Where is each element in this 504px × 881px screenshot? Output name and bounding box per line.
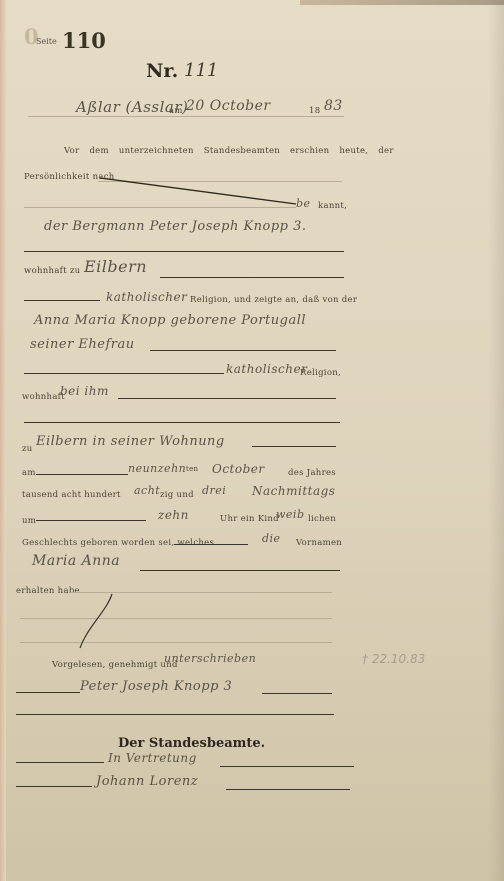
birth-month-handwritten: October bbox=[212, 462, 265, 476]
uhr-label: Uhr ein Kind bbox=[220, 514, 279, 524]
official-signature: Johann Lorenz bbox=[96, 774, 198, 789]
rule bbox=[150, 350, 336, 351]
page-edge bbox=[0, 0, 6, 881]
vorgelesen-label: Vorgelesen, genehmigt und bbox=[52, 660, 178, 670]
tausend-label: tausend acht hundert bbox=[22, 490, 121, 500]
wohnhaft-label: wohnhaft zu bbox=[24, 266, 80, 276]
entry-label: Nr. bbox=[146, 60, 178, 82]
rule bbox=[36, 520, 146, 521]
vornamen-label: Vornamen bbox=[296, 538, 342, 548]
rule bbox=[220, 766, 354, 767]
um-label: um bbox=[22, 516, 36, 526]
die-handwritten: die bbox=[262, 532, 281, 545]
page-edge-top bbox=[300, 0, 504, 5]
rule bbox=[16, 714, 334, 715]
lichen-label: lichen bbox=[308, 514, 336, 524]
birthplace-handwritten: Eilbern in seiner Wohnung bbox=[36, 434, 225, 449]
residence-handwritten: Eilbern bbox=[84, 257, 147, 276]
rule bbox=[16, 762, 104, 763]
bekannt-label: kannt, bbox=[318, 201, 347, 211]
rule bbox=[24, 300, 100, 301]
rule bbox=[226, 789, 350, 790]
geschlecht-label: Geschlechts geboren worden sei, welches bbox=[22, 538, 214, 548]
rule bbox=[24, 251, 344, 252]
rule bbox=[36, 474, 128, 475]
unit-handwritten: drei bbox=[202, 484, 226, 497]
page-label: Seite bbox=[36, 37, 57, 46]
religion2-handwritten: katholischer bbox=[226, 362, 307, 376]
official-line1-handwritten: In Vertretung bbox=[108, 751, 197, 765]
rule bbox=[160, 277, 344, 278]
rule bbox=[262, 693, 332, 694]
sex-handwritten: weib bbox=[276, 508, 305, 521]
hour-handwritten: zehn bbox=[158, 508, 189, 522]
rule bbox=[16, 692, 80, 693]
intro-text: Vor dem unterzeichneten Standesbeamten e… bbox=[64, 146, 394, 156]
decade-handwritten: acht bbox=[134, 484, 160, 497]
rule bbox=[252, 446, 336, 447]
des-jahres-label: des Jahres bbox=[288, 468, 336, 478]
mother-handwritten: Anna Maria Knopp geborene Portugall bbox=[34, 313, 306, 328]
official-title: Der Standesbeamte. bbox=[118, 736, 265, 751]
vorgelesen-handwritten: unterschrieben bbox=[164, 652, 256, 665]
rule bbox=[140, 570, 340, 571]
strike-line bbox=[98, 176, 298, 206]
rule bbox=[28, 116, 344, 117]
wohnhaft2-handwritten: bei ihm bbox=[60, 384, 109, 398]
year-handwritten: 83 bbox=[324, 98, 343, 114]
zu-label: zu bbox=[22, 444, 33, 454]
am-label-2: am bbox=[22, 468, 36, 478]
rule bbox=[20, 618, 332, 619]
page-shadow bbox=[488, 0, 504, 881]
page-number: 110 bbox=[62, 28, 106, 53]
wohnhaft2-label: wohnhaft bbox=[22, 392, 65, 402]
entry-number: 111 bbox=[184, 60, 218, 81]
mother-relation-handwritten: seiner Ehefrau bbox=[30, 337, 135, 352]
rule bbox=[174, 544, 248, 545]
rule bbox=[16, 786, 92, 787]
time-of-day-handwritten: Nachmittags bbox=[252, 484, 335, 498]
religion-handwritten: katholischer bbox=[106, 290, 187, 304]
bekannt-handwritten: be bbox=[296, 197, 311, 210]
erhalten-label: erhalten habe bbox=[16, 586, 80, 596]
zig-und-label: zig und bbox=[160, 490, 194, 500]
religion2-label: Religion, bbox=[300, 368, 341, 378]
rule bbox=[20, 642, 332, 643]
rule bbox=[24, 373, 224, 374]
margin-death-note: † 22.10.83 bbox=[362, 652, 425, 666]
rule bbox=[118, 398, 336, 399]
informant-handwritten: der Bergmann Peter Joseph Knopp 3. bbox=[44, 219, 307, 234]
century-label: 18 bbox=[309, 106, 320, 116]
am-label: am bbox=[169, 106, 183, 116]
closing-bracket-stroke bbox=[76, 592, 116, 652]
religion-label: Religion, und zeigte an, daß von der bbox=[190, 295, 357, 305]
informant-signature: Peter Joseph Knopp 3 bbox=[80, 679, 232, 694]
child-name-handwritten: Maria Anna bbox=[32, 553, 120, 569]
rule bbox=[24, 422, 340, 423]
date-handwritten: 20 October bbox=[186, 98, 271, 114]
birthday-handwritten: neunzehn bbox=[128, 462, 186, 475]
ten-suffix: ten bbox=[186, 465, 198, 473]
rule bbox=[24, 207, 296, 208]
